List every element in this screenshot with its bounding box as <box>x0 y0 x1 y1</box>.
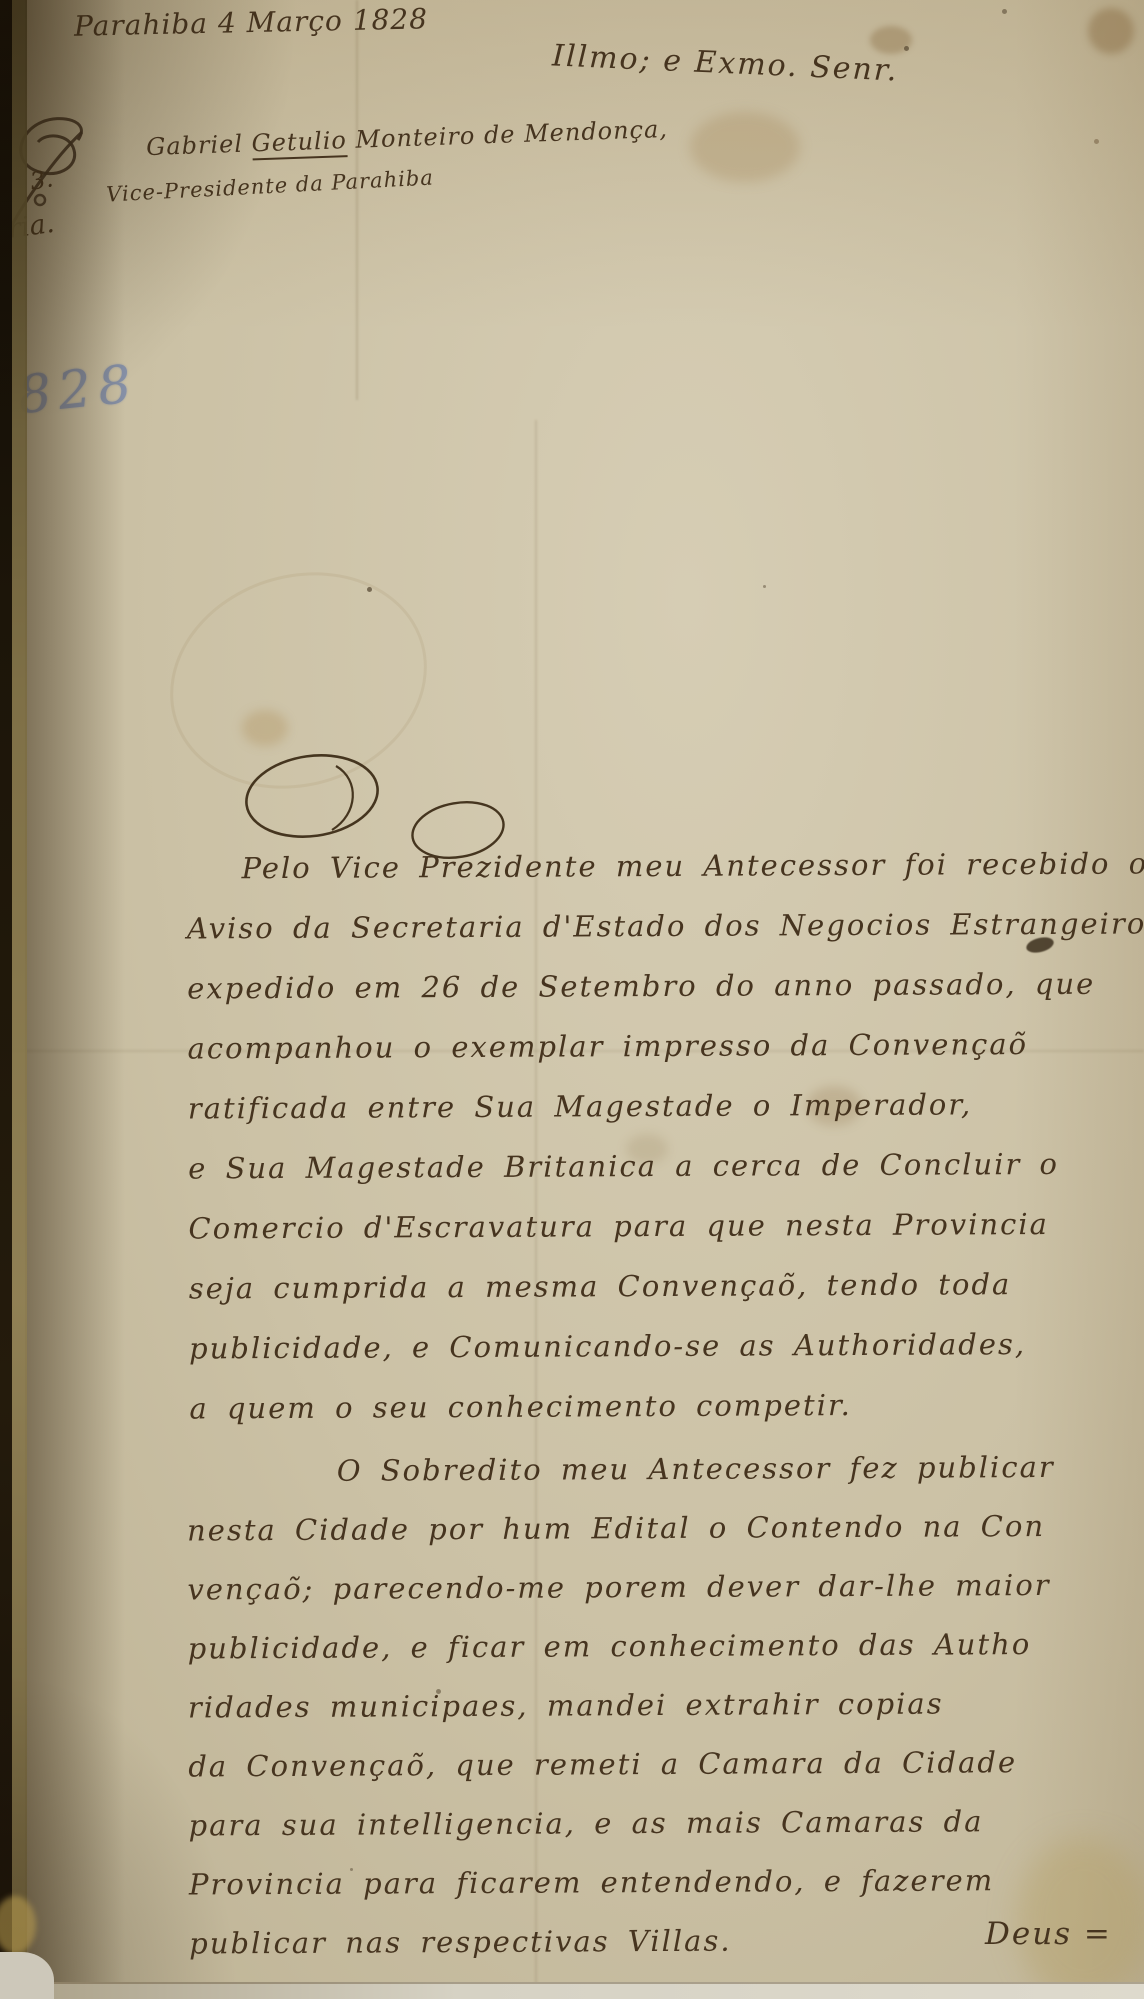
manuscript-line: Pelo Vice Prezidente meu Antecessor foi … <box>186 834 1133 899</box>
archival-number-stamp: 828 <box>15 354 141 426</box>
paper-stain <box>242 710 288 746</box>
manuscript-line: publicidade, e Comunicando-se as Authori… <box>189 1314 1136 1379</box>
manuscript-page: Parahiba 4 Março 1828 Illmo; e Exmo. Sen… <box>0 0 1144 1999</box>
margin-file-number: 3. <box>28 164 55 196</box>
addressee-name-prefix: Gabriel <box>146 129 252 161</box>
manuscript-line: ratificada entre Sua Magestade o Imperad… <box>188 1074 1135 1139</box>
addressee-name-suffix: Monteiro de Mendonça, <box>346 115 668 154</box>
manuscript-line: ridades municipaes, mandei extrahir copi… <box>188 1674 1135 1738</box>
salutation: Illmo; e Exmo. Senr. <box>551 38 899 88</box>
scan-edge-dark <box>0 0 12 1999</box>
capital-p-flourish <box>240 752 390 844</box>
manuscript-line: para sua intelligencia, e as mais Camara… <box>188 1792 1135 1856</box>
body-paragraph-2: O Sobredito meu Antecessor fez publicarn… <box>187 1438 1137 1974</box>
addressee-title: Vice-Presidente da Parahiba <box>106 165 435 206</box>
vertical-crease-top <box>356 0 358 400</box>
addressee-name-underlined: Getulio <box>251 126 347 160</box>
manuscript-line: Aviso da Secretaria d'Estado dos Negocio… <box>187 894 1134 959</box>
manuscript-line: vençaõ; parecendo-me porem dever dar-lhe… <box>187 1556 1134 1620</box>
manuscript-line: da Convençaõ, que remeti a Camara da Cid… <box>188 1733 1135 1797</box>
closing-word: Deus = <box>985 1916 1112 1952</box>
manuscript-line: expedido em 26 de Setembro do anno passa… <box>187 954 1134 1019</box>
ink-speckles <box>0 0 3 3</box>
manuscript-line: nesta Cidade por hum Edital o Contendo n… <box>187 1497 1134 1561</box>
manuscript-line: publicidade, e ficar em conhecimento das… <box>188 1615 1135 1679</box>
manuscript-line: seja cumprida a mesma Convençaõ, tendo t… <box>189 1254 1136 1319</box>
manuscript-line: e Sua Magestade Britanica a cerca de Con… <box>188 1134 1135 1199</box>
manuscript-line: O Sobredito meu Antecessor fez publicar <box>187 1438 1134 1502</box>
addressee-name: Gabriel Getulio Monteiro de Mendonça, <box>146 115 669 161</box>
bottom-left-blob <box>0 1896 36 1954</box>
paper-stain <box>1088 8 1134 54</box>
manuscript-line: Provincia para ficarem entendendo, e faz… <box>189 1851 1136 1915</box>
paper-stain <box>870 26 912 54</box>
bottom-page-edge <box>0 1982 1144 1999</box>
paper-stain <box>690 112 800 182</box>
manuscript-line: Comercio d'Escravatura para que nesta Pr… <box>188 1194 1135 1259</box>
manuscript-line: a quem o seu conhecimento competir. <box>189 1374 1136 1439</box>
manuscript-line: acompanhou o exemplar impresso da Conven… <box>187 1014 1134 1079</box>
page-edge-strip <box>10 0 27 1999</box>
body-paragraph-1: Pelo Vice Prezidente meu Antecessor foi … <box>186 834 1136 1439</box>
dateline: Parahiba 4 Março 1828 <box>74 2 429 42</box>
bottom-left-underlying-page <box>0 1952 54 1999</box>
gutter-shadow <box>25 0 125 1999</box>
